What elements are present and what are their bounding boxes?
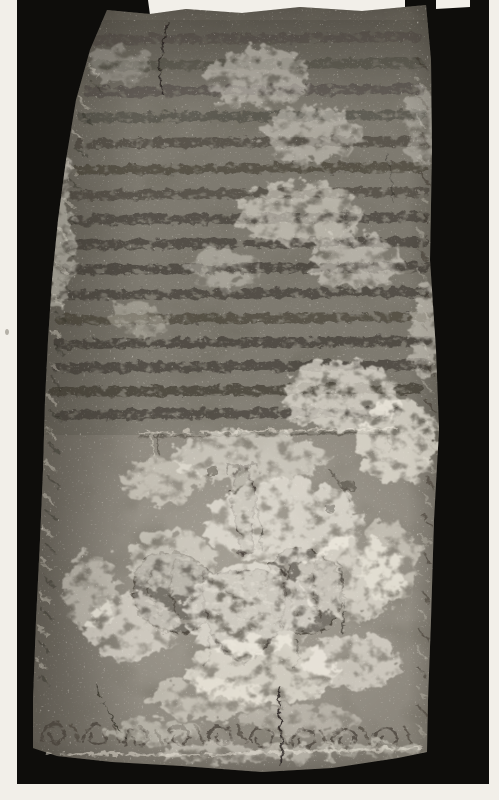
paper-speck	[5, 329, 9, 335]
photo-canvas: Weathered stone epitaph slab with eroded…	[0, 0, 499, 800]
photograph-of-epitaph-stone: Weathered stone epitaph slab with eroded…	[0, 0, 499, 800]
stone-grain	[0, 0, 499, 800]
